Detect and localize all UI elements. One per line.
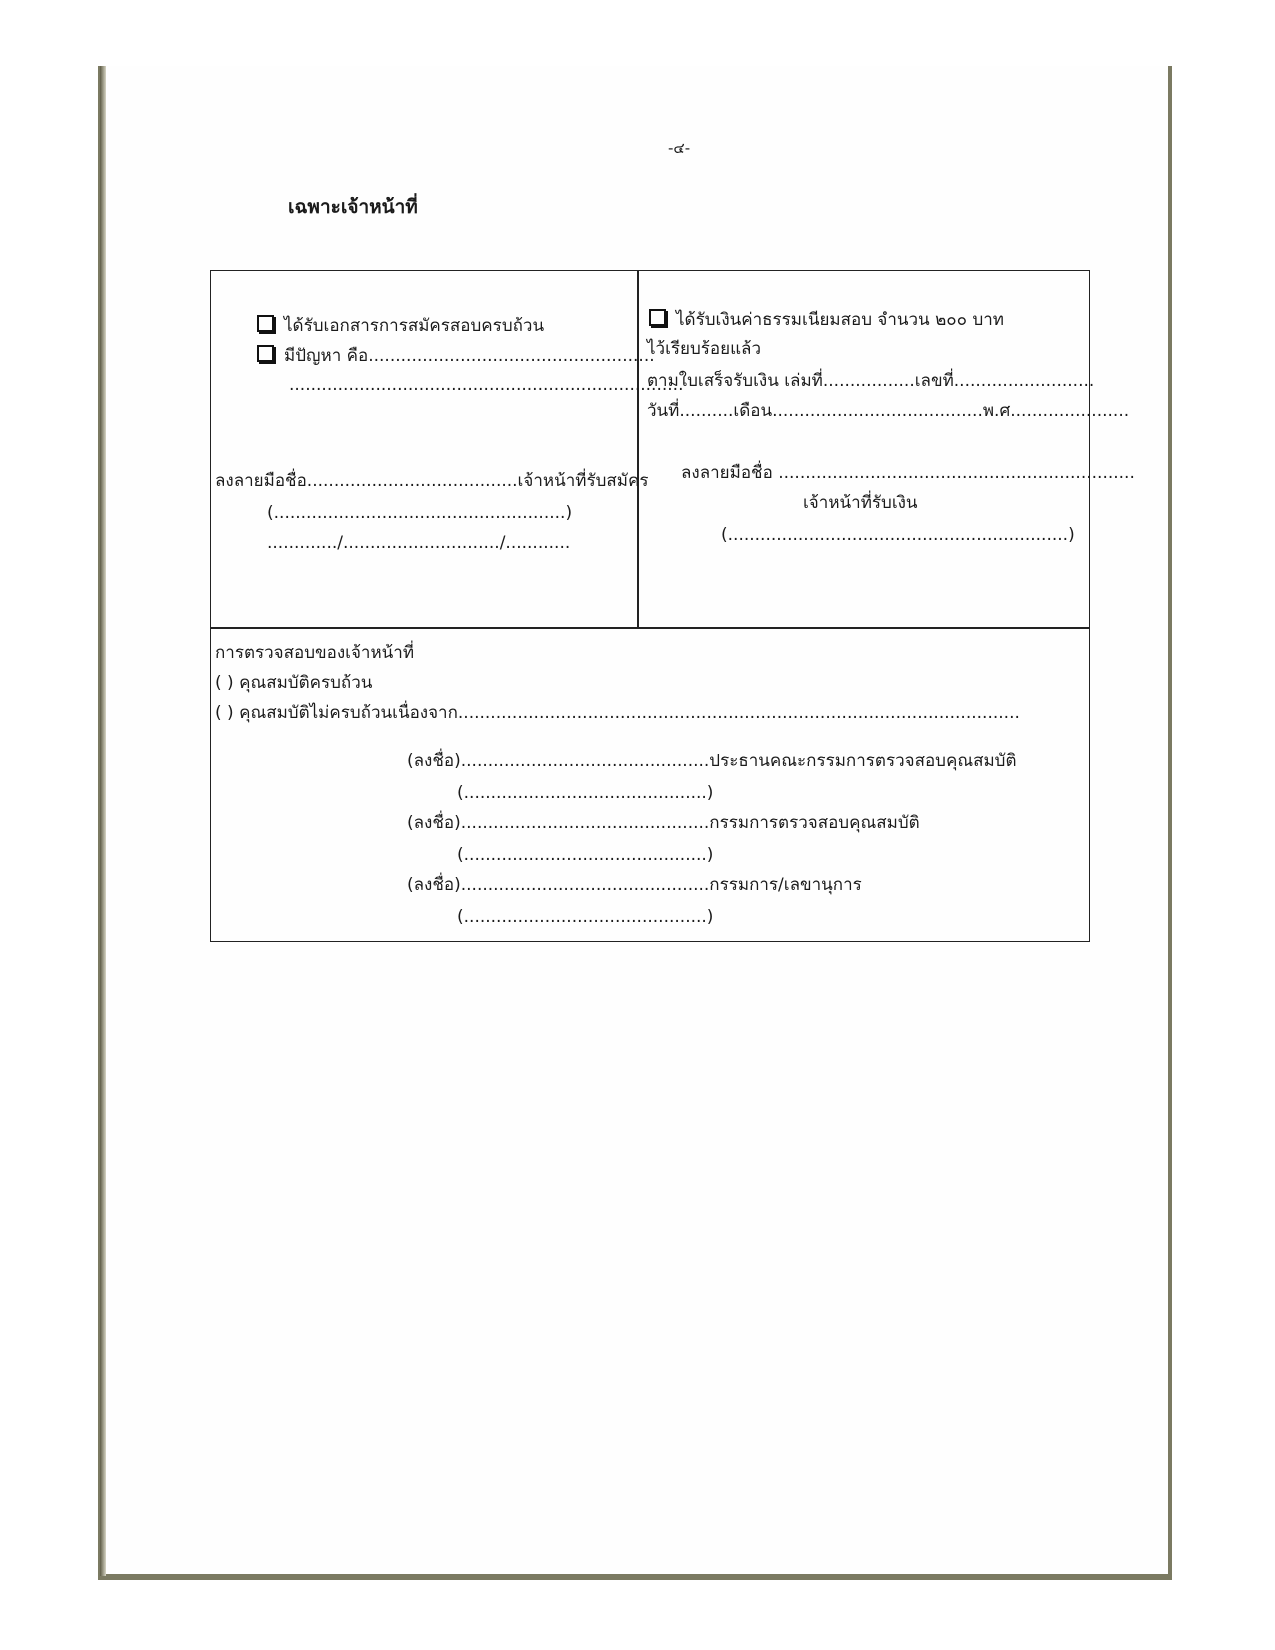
- cashier-role: เจ้าหน้าที่รับเงิน: [803, 493, 918, 513]
- section-heading: เฉพาะเจ้าหน้าที่: [288, 192, 418, 222]
- documents-complete-item: ได้รับเอกสารการสมัครสอบครบถ้วน: [257, 315, 544, 336]
- secretary-name: (.......................................…: [457, 907, 713, 927]
- fee-received-label: ได้รับเงินค่าธรรมเนียมสอบ จำนวน ๒๐๐ บาท: [676, 310, 1004, 330]
- row-divider: [211, 627, 1089, 629]
- secretary-signature: (ลงชื่อ)................................…: [407, 875, 862, 895]
- committee-name: (.......................................…: [457, 845, 713, 865]
- not-qualified-option: ( ) คุณสมบัติไม่ครบถ้วนเนื่องจาก........…: [215, 703, 1020, 723]
- checkbox-icon[interactable]: [257, 315, 274, 332]
- checkbox-icon[interactable]: [257, 345, 274, 362]
- cashier-signature: ลงลายมือชื่อ ...........................…: [681, 463, 1135, 483]
- problem-item: มีปัญหา คือ.............................…: [257, 345, 655, 366]
- chair-signature: (ลงชื่อ)................................…: [407, 751, 1017, 771]
- applicant-officer-signature: ลงลายมือชื่อ............................…: [215, 471, 648, 491]
- page-number: -๔-: [668, 136, 690, 160]
- problem-continuation: ........................................…: [289, 375, 683, 395]
- payment-date-line: วันที่..........เดือน...................…: [647, 401, 1129, 421]
- cashier-name: (.......................................…: [721, 525, 1075, 545]
- chair-name: (.......................................…: [457, 783, 713, 803]
- verification-title: การตรวจสอบของเจ้าหน้าที่: [215, 643, 414, 663]
- fee-received-line2: ไว้เรียบร้อยแล้ว: [647, 339, 761, 359]
- documents-complete-label: ได้รับเอกสารการสมัครสอบครบถ้วน: [284, 316, 544, 336]
- qualified-option: ( ) คุณสมบัติครบถ้วน: [215, 673, 372, 693]
- page-edge: [100, 66, 106, 1576]
- applicant-officer-name: (.......................................…: [267, 503, 572, 523]
- officer-form: ได้รับเอกสารการสมัครสอบครบถ้วน มีปัญหา ค…: [210, 270, 1090, 942]
- applicant-date: ............./..........................…: [267, 533, 570, 553]
- fee-received-item: ได้รับเงินค่าธรรมเนียมสอบ จำนวน ๒๐๐ บาท: [649, 309, 1004, 330]
- receipt-line: ตามใบเสร็จรับเงิน เล่มที่...............…: [647, 371, 1094, 391]
- checkbox-icon[interactable]: [649, 309, 666, 326]
- problem-label: มีปัญหา คือ.............................…: [284, 346, 655, 366]
- column-divider: [637, 271, 639, 629]
- committee-signature: (ลงชื่อ)................................…: [407, 813, 920, 833]
